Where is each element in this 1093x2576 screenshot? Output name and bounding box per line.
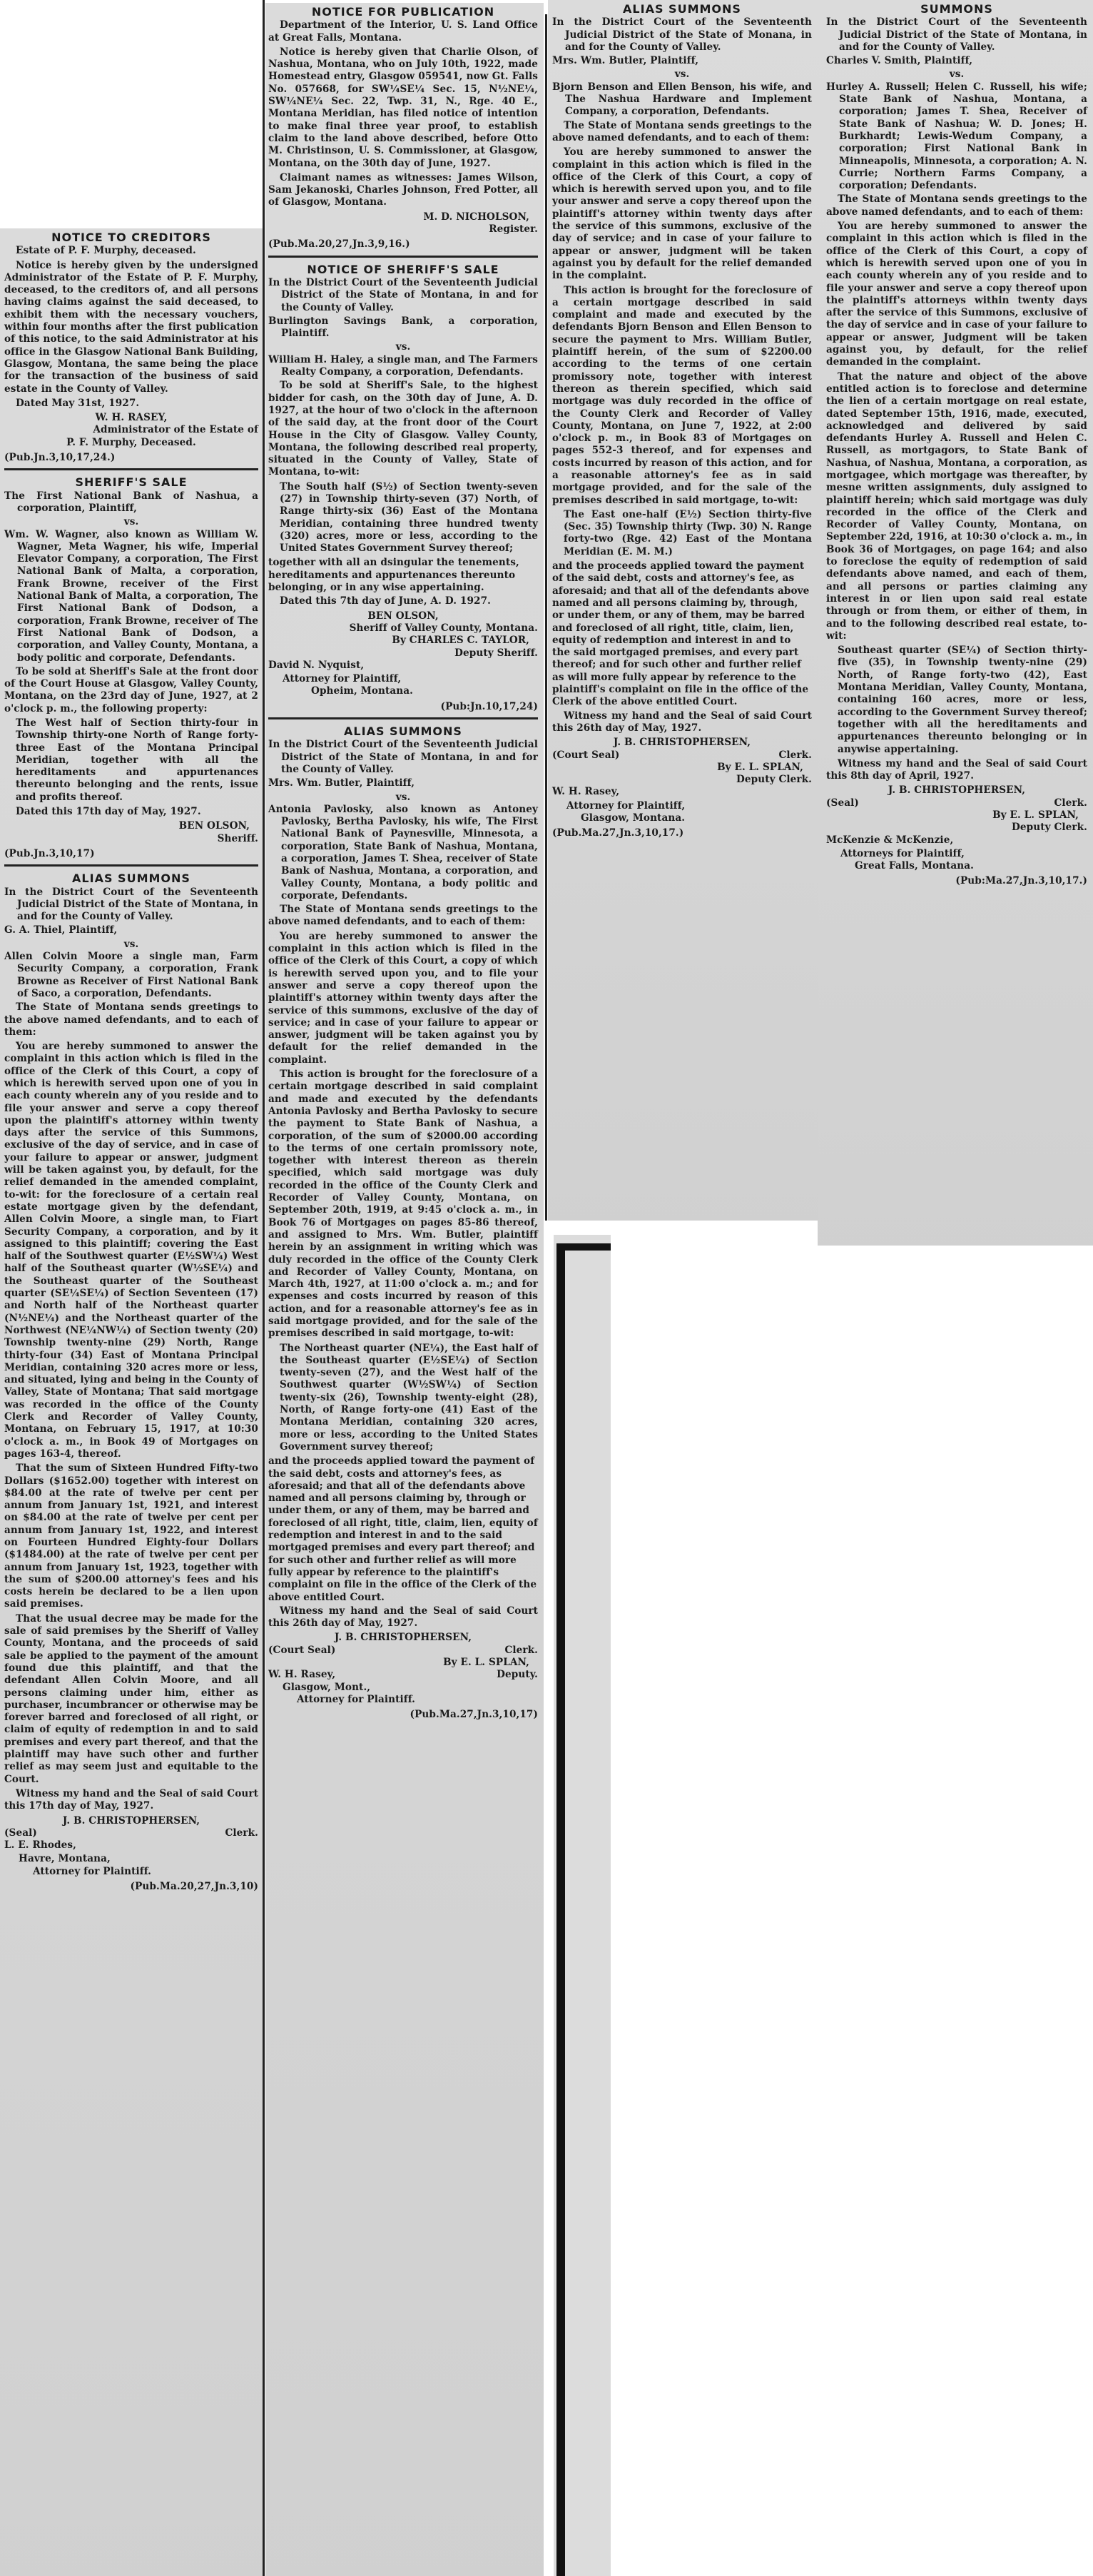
attorney-name: W. H. Rasey,: [552, 786, 812, 798]
column-rule: [263, 0, 265, 2576]
greeting: The State of Montana sends greetings to …: [4, 1001, 258, 1039]
notice-title: NOTICE TO CREDITORS: [4, 228, 258, 245]
publication-dates: (Pub:Ma.27,Jn.3,10,17.): [826, 875, 1087, 887]
defendants: William H. Haley, a single man, and The …: [268, 354, 538, 379]
attorney-row: W. H. Rasey, Deputy.: [268, 1669, 538, 1681]
plaintiff: G. A. Thiel, Plaintiff,: [4, 924, 258, 936]
action-paragraph: This action is brought for the foreclosu…: [552, 285, 812, 507]
defendants: Bjorn Benson and Ellen Benson, his wife,…: [552, 81, 812, 118]
dated-line: Dated May 31st, 1927.: [4, 398, 258, 410]
attorney-name: L. E. Rhodes,: [4, 1839, 258, 1852]
signer-name: W. H. RASEY,: [4, 412, 258, 424]
seal: (Court Seal): [268, 1645, 335, 1657]
attorney-title: Attorney for Plaintiff.: [268, 1694, 538, 1706]
signer-title: Sheriff.: [4, 833, 258, 845]
signer-title: Sheriff of Valley County, Montana.: [268, 622, 538, 635]
notice-body: Notice is hereby given that Charlie Olso…: [268, 46, 538, 170]
property-description: Southeast quarter (SE¼) of Section thirt…: [826, 645, 1087, 756]
witness-line: Witness my hand and the Seal of said Cou…: [268, 1605, 538, 1630]
deputy-title: Deputy Sheriff.: [268, 647, 538, 660]
plaintiff: Mrs. Wm. Butler, Plaintiff,: [268, 777, 538, 789]
deputy-name: By CHARLES C. TAYLOR,: [268, 635, 529, 647]
witness-line: Witness my hand and the Seal of said Cou…: [552, 710, 812, 735]
nature-paragraph: That the nature and object of the above …: [826, 371, 1087, 643]
seal-row: (Seal) Clerk.: [4, 1827, 258, 1839]
deputy-title: Deputy.: [497, 1669, 538, 1681]
court: In the District Court of the Seventeenth…: [268, 277, 538, 314]
proceeds-paragraph: and the proceeds applied toward the paym…: [552, 560, 812, 709]
defendants: Antonia Pavlosky, also known as Antoney …: [268, 804, 538, 902]
seal-row: (Court Seal) Clerk.: [268, 1645, 538, 1657]
publication-dates: (Pub.Jn.3,10,17): [4, 848, 258, 860]
clerk-name: J. B. CHRISTOPHERSEN,: [826, 784, 1087, 797]
court: In the District Court of the Seventeenth…: [552, 16, 812, 54]
property-description: The East one-half (E½) Section thirty-fi…: [552, 509, 812, 558]
attorney-name: McKenzie & McKenzie,: [826, 834, 1087, 847]
divider: [268, 717, 538, 719]
deputy-name: By E. L. SPLAN,: [268, 1657, 529, 1669]
property-description: The West half of Section thirty-four in …: [4, 717, 258, 804]
versus: vs.: [268, 341, 538, 353]
notice-for-publication: NOTICE FOR PUBLICATION Department of the…: [268, 3, 538, 251]
greeting: The State of Montana sends greetings to …: [826, 193, 1087, 218]
signer-name: M. D. NICHOLSON,: [268, 211, 529, 223]
summons-body: You are hereby summoned to answer the co…: [4, 1041, 258, 1460]
greeting: The State of Montana sends greetings to …: [268, 904, 538, 929]
seal: (Court Seal): [552, 749, 619, 762]
notice-title: ALIAS SUMMONS: [4, 869, 258, 886]
signer-name: BEN OLSON,: [268, 610, 538, 622]
summons-body: You are hereby summoned to answer the co…: [826, 221, 1087, 369]
publication-dates: (Pub.Ma.27,Jn.3,10,17.): [552, 827, 812, 839]
clerk-title: Clerk.: [225, 1827, 258, 1839]
publication-dates: (Pub:Jn.10,17,24): [268, 701, 538, 713]
dated-line: Dated this 7th day of June, A. D. 1927.: [268, 595, 538, 607]
notice-title: ALIAS SUMMONS: [552, 0, 812, 16]
notice-body: To be sold at Sheriff's Sale, to the hig…: [268, 380, 538, 478]
witness-line: Witness my hand and the Seal of said Cou…: [4, 1788, 258, 1813]
property-description: The Northeast quarter (NE¼), the East ha…: [268, 1343, 538, 1454]
together-clause: together with all an dsingular the tenem…: [268, 557, 538, 594]
plaintiff: Charles V. Smith, Plaintiff,: [826, 55, 1087, 67]
attorney-title: Attorney for Plaintiff,: [268, 673, 538, 685]
decree-paragraph: That the usual decree may be made for th…: [4, 1613, 258, 1786]
notice-body: To be sold at Sheriff's Sale at the fron…: [4, 666, 258, 715]
dated-line: Dated this 17th day of May, 1927.: [4, 806, 258, 818]
estate-line: Estate of P. F. Murphy, deceased.: [4, 245, 258, 257]
witnesses: Claimant names as witnesses: James Wilso…: [268, 172, 538, 209]
clerk-title: Clerk.: [504, 1645, 538, 1657]
deputy-title: Deputy Clerk.: [826, 822, 1087, 834]
defendants: Wm. W. Wagner, also known as William W. …: [4, 529, 258, 665]
border-bar-vertical: [556, 1251, 565, 2576]
signer-title: Register.: [268, 223, 538, 236]
clerk-title: Clerk.: [1054, 797, 1087, 809]
attorney-title: Attorney for Plaintiff.: [4, 1866, 258, 1878]
alias-summons-thiel: ALIAS SUMMONS In the District Court of t…: [4, 869, 258, 1893]
versus: vs.: [4, 516, 258, 528]
column-3: ALIAS SUMMONS In the District Court of t…: [548, 0, 818, 1221]
property-description: The South half (S½) of Section twenty-se…: [268, 481, 538, 555]
versus: vs.: [4, 939, 258, 951]
seal-row: (Court Seal) Clerk.: [552, 749, 812, 762]
publication-dates: (Pub.Ma.20,27,Jn.3,10): [4, 1881, 258, 1893]
notice-title: NOTICE OF SHERIFF'S SALE: [268, 261, 538, 277]
clerk-name: J. B. CHRISTOPHERSEN,: [4, 1815, 258, 1827]
summons-smith: SUMMONS In the District Court of the Sev…: [826, 0, 1087, 888]
divider: [4, 468, 258, 470]
column-1: NOTICE TO CREDITORS Estate of P. F. Murp…: [0, 228, 263, 2576]
notice-to-creditors: NOTICE TO CREDITORS Estate of P. F. Murp…: [4, 228, 258, 464]
summons-body: You are hereby summoned to answer the co…: [552, 146, 812, 282]
defendants: Allen Colvin Moore a single man, Farm Se…: [4, 951, 258, 1000]
alias-summons-pavlosky: ALIAS SUMMONS In the District Court of t…: [268, 722, 538, 1721]
court: In the District Court of the Seventeenth…: [268, 739, 538, 776]
divider: [4, 864, 258, 867]
alias-summons-benson: ALIAS SUMMONS In the District Court of t…: [552, 0, 812, 840]
action-paragraph: This action is brought for the foreclosu…: [268, 1069, 538, 1340]
versus: vs.: [268, 792, 538, 804]
publication-dates: (Pub.Ma.20,27,Jn.3,9,16.): [268, 238, 538, 251]
plaintiff: The First National Bank of Nashua, a cor…: [4, 490, 258, 515]
court: In the District Court of the Seventeenth…: [4, 887, 258, 924]
border-bar-horizontal: [556, 1243, 611, 1251]
seal-row: (Seal) Clerk.: [826, 797, 1087, 809]
publication-dates: (Pub.Jn.3,10,17,24.): [4, 452, 258, 464]
witness-line: Witness my hand and the Seal of said Cou…: [826, 758, 1087, 783]
signer-name: BEN OLSON,: [4, 820, 250, 832]
attorney-city: Opheim, Montana.: [268, 685, 538, 697]
clerk-name: J. B. CHRISTOPHERSEN,: [268, 1632, 538, 1644]
department: Department of the Interior, U. S. Land O…: [268, 19, 538, 44]
summons-body: You are hereby summoned to answer the co…: [268, 931, 538, 1066]
seal: (Seal): [4, 1827, 37, 1839]
notice-title: ALIAS SUMMONS: [268, 722, 538, 739]
clerk-name: J. B. CHRISTOPHERSEN,: [552, 737, 812, 749]
attorney-city: Glasgow, Mont.,: [268, 1682, 538, 1694]
seal: (Seal): [826, 797, 859, 809]
deputy-name: By E. L. SPLAN,: [826, 809, 1079, 822]
publication-dates: (Pub.Ma.27,Jn.3,10,17): [268, 1709, 538, 1721]
notice-title: SUMMONS: [826, 0, 1087, 16]
plaintiff: Burlington Savings Bank, a corporation, …: [268, 315, 538, 340]
divider: [268, 256, 538, 258]
notice-body: Notice is hereby given by the undersigne…: [4, 260, 258, 395]
attorney-title: Attorneys for Plaintiff,: [826, 848, 1087, 860]
notice-of-sheriffs-sale: NOTICE OF SHERIFF'S SALE In the District…: [268, 261, 538, 713]
deputy-title: Deputy Clerk.: [552, 774, 812, 786]
attorney-name: David N. Nyquist,: [268, 660, 538, 672]
attorney-city: Glasgow, Montana.: [552, 812, 812, 824]
attorney-city: Great Falls, Montana.: [826, 860, 1087, 872]
clerk-title: Clerk.: [778, 749, 812, 762]
attorney-title: Attorney for Plaintiff,: [552, 800, 812, 812]
attorney-name: W. H. Rasey,: [268, 1669, 335, 1681]
sheriffs-sale: SHERIFF'S SALE The First National Bank o…: [4, 473, 258, 860]
signer-title-2: P. F. Murphy, Deceased.: [4, 437, 258, 449]
proceeds-paragraph: and the proceeds applied toward the paym…: [268, 1455, 538, 1604]
defendants: Hurley A. Russell; Helen C. Russell, his…: [826, 81, 1087, 193]
sum-paragraph: That the sum of Sixteen Hundred Fifty-tw…: [4, 1463, 258, 1611]
column-2: NOTICE FOR PUBLICATION Department of the…: [265, 3, 544, 2576]
notice-title: NOTICE FOR PUBLICATION: [268, 3, 538, 19]
court: In the District Court of the Seventeenth…: [826, 16, 1087, 54]
deputy-name: By E. L. SPLAN,: [552, 762, 803, 774]
column-rule: [545, 14, 547, 1221]
versus: vs.: [552, 69, 812, 81]
column-4: SUMMONS In the District Court of the Sev…: [818, 0, 1093, 1246]
attorney-city: Havre, Montana,: [4, 1853, 258, 1865]
plaintiff: Mrs. Wm. Butler, Plaintiff,: [552, 55, 812, 67]
notice-title: SHERIFF'S SALE: [4, 473, 258, 490]
versus: vs.: [826, 69, 1087, 81]
greeting: The State of Montana sends greetings to …: [552, 120, 812, 145]
signer-title: Administrator of the Estate of: [4, 424, 258, 436]
